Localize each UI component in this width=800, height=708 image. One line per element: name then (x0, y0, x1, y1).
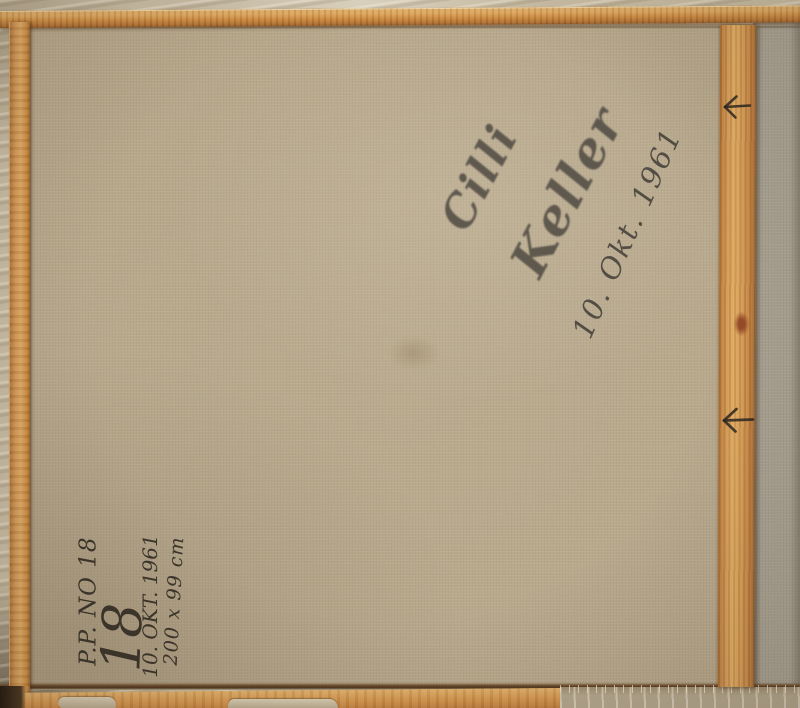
cloth-fold-bottom-center (228, 699, 338, 708)
frayed-threads (560, 685, 800, 693)
linen-canvas-right-strip (753, 22, 800, 692)
vertical-cross-brace (718, 25, 756, 687)
hand-drawn-left-arrow-icon-top (717, 92, 753, 122)
bottom-left-shadow (0, 686, 26, 708)
hand-drawn-left-arrow-icon-bottom (716, 404, 756, 436)
cloth-fold-bottom-left (58, 697, 116, 708)
stretcher-bar-left (9, 22, 30, 694)
wood-knot (734, 312, 749, 336)
canvas-stain (388, 336, 440, 370)
canvas-verso-photo: Cilli Keller 10. Okt. 1961 P.P. NO 18 18… (0, 0, 800, 708)
verso-note-date: 10. OKT. 1961 (138, 524, 162, 688)
